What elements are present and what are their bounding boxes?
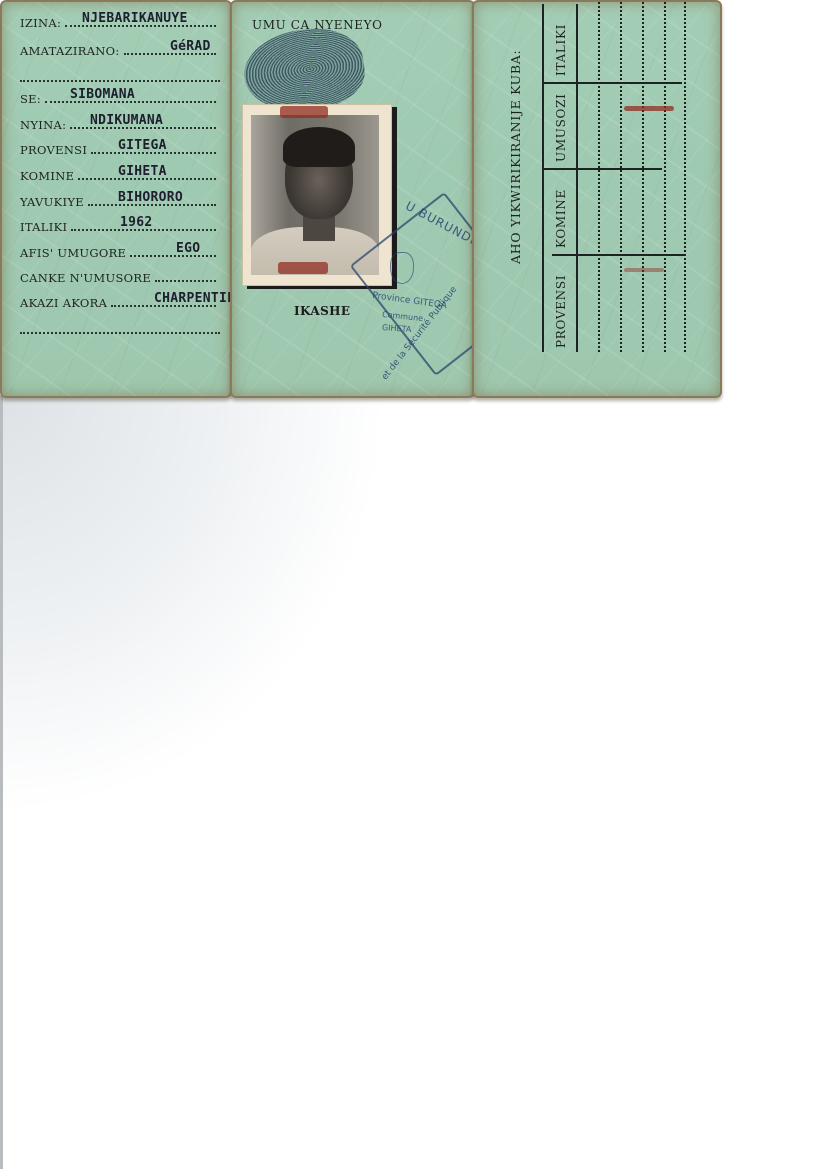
field-amatazirano: AMATAZIRANO: GéRAD (20, 40, 220, 58)
entry-line (598, 2, 600, 352)
field-value: 1962 (120, 215, 153, 230)
field-value: BIHORORO (118, 190, 183, 205)
field-label: AFIS' UMUGORE (20, 246, 126, 260)
field-label: PROVENSI (20, 143, 87, 157)
entry-line (664, 2, 666, 352)
tape-mark (278, 262, 328, 274)
personal-details-panel: IZINA: NJEBARIKANUYE AMATAZIRANO: GéRAD … (0, 0, 232, 398)
field-komine: KOMINE GIHETA (20, 165, 220, 183)
field-afis-umugore: AFIS' UMUGORE EGO (20, 242, 220, 260)
column-header-komine: KOMINE (554, 178, 568, 248)
emblem-icon (390, 252, 414, 284)
thumbprint-label: UMU CA NYENEYO (252, 18, 383, 32)
blank-line (20, 332, 220, 334)
column-header-umusozi: UMUSOZI (554, 90, 568, 162)
field-label: NYINA: (20, 118, 66, 132)
field-akazi-akora: AKAZI AKORA CHARPENTIER (20, 292, 220, 310)
field-value: NJEBARIKANUYE (82, 11, 188, 26)
field-value: SIBOMANA (70, 87, 135, 102)
identity-card: IZINA: NJEBARIKANUYE AMATAZIRANO: GéRAD … (0, 0, 722, 400)
field-italiki: ITALIKI 1962 (20, 216, 220, 234)
entry-line (620, 2, 622, 352)
column-header-provensi: PROVENSI (554, 264, 568, 348)
field-izina: IZINA: NJEBARIKANUYE (20, 12, 220, 30)
field-value: GITEGA (118, 138, 167, 153)
tape-mark (280, 106, 328, 118)
entry-line (684, 2, 686, 352)
field-nyina: NYINA: NDIKUMANA (20, 114, 220, 132)
field-label: KOMINE (20, 169, 74, 183)
residence-panel: AHO YIKWIRIKIRANIJE KUBA: PROVENSI KOMIN… (472, 0, 722, 398)
stain-mark (624, 268, 664, 272)
entry-line (642, 2, 644, 352)
field-label: AKAZI AKORA (20, 296, 107, 310)
field-label: SE: (20, 92, 41, 106)
field-canke-numusore: CANKE N'UMUSORE (20, 267, 220, 285)
field-label: CANKE N'UMUSORE (20, 271, 151, 285)
blank-line (20, 80, 220, 82)
field-value: GIHETA (118, 164, 167, 179)
residence-heading: AHO YIKWIRIKIRANIJE KUBA: (508, 50, 523, 295)
field-value: EGO (176, 241, 200, 256)
id-photo (251, 115, 379, 275)
field-value: NDIKUMANA (90, 113, 163, 128)
field-provensi: PROVENSI GITEGA (20, 139, 220, 157)
field-label: YAVUKIYE (20, 195, 84, 209)
stamp-commune-name: GIHETA (382, 323, 412, 334)
scanner-edge (0, 395, 3, 1169)
field-yavukiye: YAVUKIYE BIHORORO (20, 191, 220, 209)
stain-mark (624, 106, 674, 111)
field-label: ITALIKI (20, 220, 67, 234)
field-value: GéRAD (170, 39, 211, 54)
photo-panel: UMU CA NYENEYO U BURUNDI Province GITEGA… (230, 0, 475, 398)
photo-label: IKASHE (294, 304, 350, 318)
scanner-background (0, 395, 827, 1169)
field-value: CHARPENTIER (154, 291, 238, 306)
field-label: AMATAZIRANO: (20, 44, 120, 58)
field-label: IZINA: (20, 16, 61, 30)
field-se: SE: SIBOMANA (20, 88, 220, 106)
column-header-italiki: ITALIKI (554, 8, 568, 76)
